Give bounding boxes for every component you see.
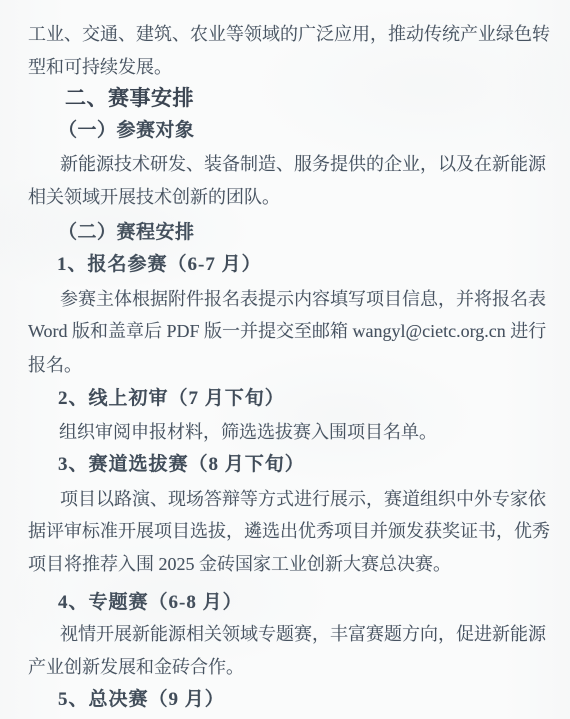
paragraph-line: 据评审标准开展项目选拔，遴选出优秀项目并颁发获奖证书，优秀 xyxy=(28,519,550,543)
paragraph-line: 工业、交通、建筑、农业等领域的广泛应用，推动传统产业绿色转 xyxy=(28,22,550,46)
paragraph-line: 产业创新发展和金砖合作。 xyxy=(28,655,244,679)
paragraph-line: 组织审阅申报材料，筛选选拔赛入围项目名单。 xyxy=(59,420,437,444)
paragraph-line: 相关领域开展技术创新的团队。 xyxy=(28,185,280,209)
paragraph-line: 型和可持续发展。 xyxy=(28,55,172,79)
paragraph-line: 新能源技术研发、装备制造、服务提供的企业，以及在新能源 xyxy=(60,152,546,176)
document-page: 工业、交通、建筑、农业等领域的广泛应用，推动传统产业绿色转 型和可持续发展。 二… xyxy=(0,0,570,719)
paragraph-line: 项目将推荐入围 2025 金砖国家工业创新大赛总决赛。 xyxy=(28,552,451,576)
numbered-item-heading: 3、赛道选拔赛（8 月下旬） xyxy=(58,452,305,477)
numbered-item-heading: 4、专题赛（6-8 月） xyxy=(58,590,243,615)
numbered-item-heading: 2、线上初审（7 月下旬） xyxy=(58,386,285,411)
numbered-item-heading: 5、总决赛（9 月） xyxy=(58,687,225,712)
paragraph-line: 报名。 xyxy=(28,353,82,377)
paragraph-line: 视情开展新能源相关领域专题赛，丰富赛题方向，促进新能源 xyxy=(60,622,546,646)
subsection-heading: （二）赛程安排 xyxy=(58,220,195,245)
paragraph-line: 项目以路演、现场答辩等方式进行展示，赛道组织中外专家依 xyxy=(60,487,546,511)
paragraph-line: 参赛主体根据附件报名表提示内容填写项目信息，并将报名表 xyxy=(60,287,546,311)
numbered-item-heading: 1、报名参赛（6-7 月） xyxy=(57,252,262,277)
paragraph-line: Word 版和盖章后 PDF 版一并提交至邮箱 wangyl@cietc.org… xyxy=(28,319,546,343)
section-heading: 二、赛事安排 xyxy=(65,86,194,112)
subsection-heading: （一）参赛对象 xyxy=(58,118,195,143)
